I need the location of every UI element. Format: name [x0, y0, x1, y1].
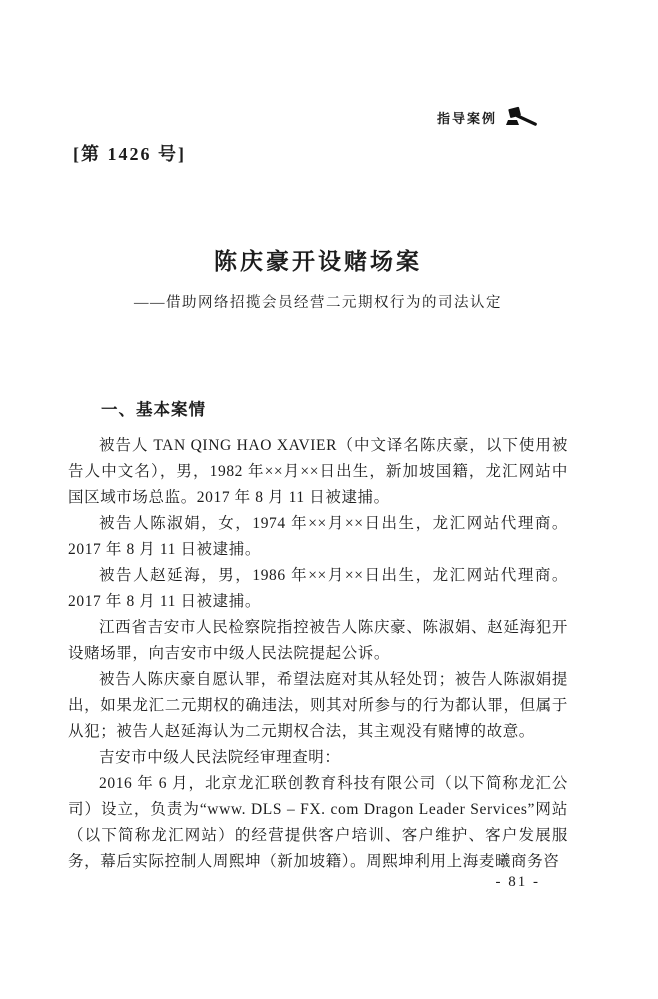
section-heading: 一、基本案情	[68, 396, 568, 420]
paragraph-defendant-1: 被告人 TAN QING HAO XAVIER（中文译名陈庆豪，以下使用被告人中…	[68, 433, 568, 511]
case-title: 陈庆豪开设赌场案	[68, 243, 568, 276]
paragraph-court-finding-intro: 吉安市中级人民法院经审理查明：	[68, 745, 568, 771]
case-subtitle: ——借助网络招揽会员经营二元期权行为的司法认定	[68, 291, 568, 312]
body-text: 被告人 TAN QING HAO XAVIER（中文译名陈庆豪，以下使用被告人中…	[68, 433, 568, 875]
page-header: 指导案例	[437, 106, 538, 128]
paragraph-defendant-3: 被告人赵延海，男，1986 年××月××日出生，龙汇网站代理商。2017 年 8…	[68, 563, 568, 615]
paragraph-company-background: 2016 年 6 月，北京龙汇联创教育科技有限公司（以下简称龙汇公司）设立，负责…	[68, 771, 568, 875]
header-label: 指导案例	[437, 108, 497, 127]
content-block: 陈庆豪开设赌场案 ——借助网络招揽会员经营二元期权行为的司法认定 一、基本案情 …	[68, 243, 568, 875]
page-number: - 81 -	[496, 874, 541, 891]
gavel-icon	[504, 106, 538, 128]
paragraph-prosecution: 江西省吉安市人民检察院指控被告人陈庆豪、陈淑娟、赵延海犯开设赌场罪，向吉安市中级…	[68, 615, 568, 667]
paragraph-pleas: 被告人陈庆豪自愿认罪，希望法庭对其从轻处罚；被告人陈淑娟提出，如果龙汇二元期权的…	[68, 667, 568, 745]
document-page: 指导案例 [第 1426 号] 陈庆豪开设赌场案 ——借助网络招揽会员经营二元期…	[0, 0, 658, 999]
case-number: [第 1426 号]	[73, 140, 186, 166]
paragraph-defendant-2: 被告人陈淑娟，女，1974 年××月××日出生，龙汇网站代理商。2017 年 8…	[68, 511, 568, 563]
